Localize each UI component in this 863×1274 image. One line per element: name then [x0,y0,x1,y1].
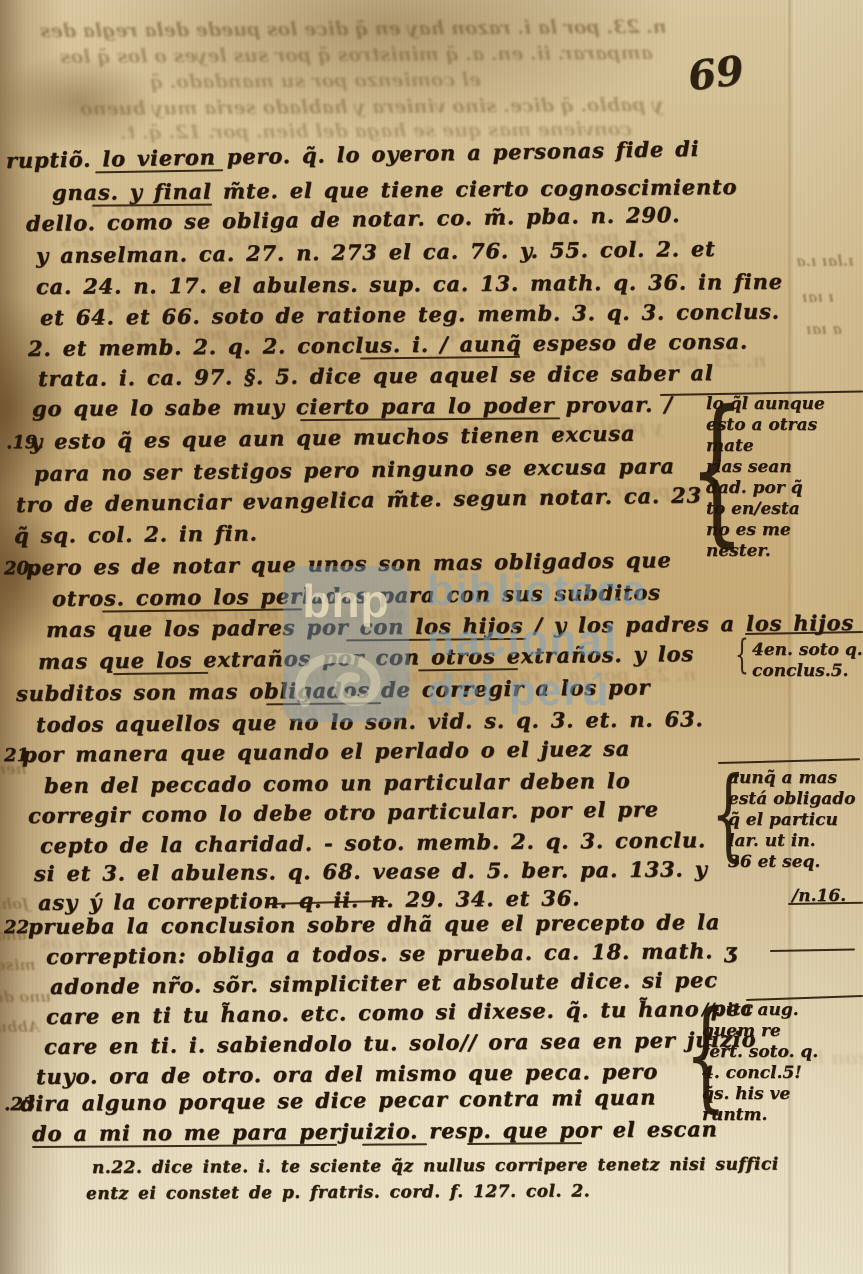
showthrough-line: ı ıaı [802,288,834,306]
manuscript-line: n.22. dice inte. i. te sciente q̃z nullu… [92,1154,779,1178]
line-text: corregir como lo debe otro particular. p… [28,796,659,828]
paragraph-number: 20. [4,558,36,579]
paragraph-number: .19. [6,432,44,454]
ink-rule [770,949,855,953]
paragraph-number: 22. [4,917,35,938]
showthrough-line: uno de [0,988,51,1006]
line-text: subditos son mas obligados de corregir a… [16,674,651,706]
margin-note-line: aunq̃ a mas [728,768,855,789]
line-text: dira alguno porque se dice pecar contra … [20,1084,656,1116]
showthrough-line: Joh. [0,895,29,913]
manuscript-line: ruptiõ. lo vieron pero. q̃. lo oyeron a … [6,136,700,173]
manuscript-line: et 64. et 66. soto de ratione teg. memb.… [40,299,780,330]
line-text: go que lo sabe muy cierto para lo poder … [32,392,673,421]
margin-note-line: 36 et seq. [728,852,855,873]
showthrough-line: el comienzo por su mandado. q̃ [150,69,481,93]
paragraph-number: 21. [4,745,36,766]
line-text: q̃ sq. col. 2. in fin. [14,520,258,548]
manuscript-line: ca. 24. n. 17. el abulens. sup. ca. 13. … [36,269,783,299]
margin-note-line: 4en. soto q.3. [752,640,863,661]
line-text: trata. i. ca. 97. §. 5. dice que aquel s… [38,360,714,391]
manuscript-line: pero es de notar que unos son mas obliga… [26,547,672,580]
line-text: por manera que quando el perlado o el ju… [22,736,630,767]
line-text: care en ti tu h̃ano. etc. como si dixese… [46,995,754,1029]
showthrough-line: Abbu [0,1018,40,1036]
line-text: ca. 24. n. 17. el abulens. sup. ca. 13. … [36,269,783,299]
manuscript-line: cepto de la charidad. - soto. memb. 2. q… [40,827,706,858]
underline-mark [467,1142,582,1145]
manuscript-line: prueba la conclusion sobre dhã que el pr… [28,909,720,939]
manuscript-line: do a mi no me para perjuizio. resp. que … [32,1116,718,1146]
margin-note-line: conclus.5. [752,661,863,682]
margin-note: {lo q̃l aunqueesto a otrasmaterias seand… [706,394,825,562]
brace-mark: { [689,390,745,550]
manuscript-line: todos aquellos que no lo son. vid. s. q.… [36,706,704,737]
line-text: et 64. et 66. soto de ratione teg. memb.… [40,299,780,330]
line-text: cepto de la charidad. - soto. memb. 2. q… [40,827,706,858]
manuscript-line: por manera que quando el perlado o el ju… [22,736,630,767]
line-text: pero es de notar que unos son mas obliga… [26,547,672,580]
manuscript-line: entz ei constet de p. fratris. cord. f. … [86,1181,590,1204]
paragraph-number: .23. [4,1094,42,1115]
manuscript-line: corregir como lo debe otro particular. p… [28,796,659,828]
brace-mark: { [735,636,749,676]
line-text: gnas. y final m̃te. el que tiene cierto … [52,174,738,205]
line-text: todos aquellos que no lo son. vid. s. q.… [36,706,704,737]
margin-note: {aunq̃ a masestá obligadoq̃ el particula… [728,768,855,873]
margin-note: {4en. soto q.3.conclus.5. [752,640,863,682]
showthrough-line: n. 23. por la i. razon hay en q̃ dice lo… [40,16,667,42]
margin-note-line: q̃ el particu [728,810,855,831]
brace-mark: { [685,996,727,1116]
manuscript-line: care en ti tu h̃ano. etc. como si dixese… [46,995,754,1029]
margin-note-line: lar. ut in. [728,831,855,852]
showthrough-line: amparar. ii. en. a. q̃ ministros q̃ por … [60,42,653,68]
line-text: entz ei constet de p. fratris. cord. f. … [86,1181,590,1204]
manuscript-line: subditos son mas obligados de corregir a… [16,674,651,706]
showthrough-line: mise [0,956,36,974]
manuscript-line: trata. i. ca. 97. §. 5. dice que aquel s… [38,360,714,391]
folio-number: 69 [685,47,746,100]
manuscript-line: go que lo sabe muy cierto para lo poder … [32,392,673,421]
manuscript-line: dira alguno porque se dice pecar contra … [20,1084,656,1116]
margin-note: {//. ita aug.quem refert. soto. q.4. con… [702,1000,818,1126]
showthrough-line: a ıaı [806,320,842,338]
manuscript-page: n. 23. por la i. razon hay en q̃ dice lo… [0,0,863,1274]
manuscript-line: ben del peccado como un particular deben… [44,768,631,798]
manuscript-line: q̃ sq. col. 2. in fin. [14,520,258,548]
line-text: do a mi no me para perjuizio. resp. que … [32,1116,718,1146]
line-text: prueba la conclusion sobre dhã que el pr… [28,909,720,939]
margin-note-line: está obligado [728,789,855,810]
showthrough-line: y pablo. q̃ dice. sino viniera y hablado… [80,94,663,120]
line-text: n.22. dice inte. i. te sciente q̃z nullu… [92,1154,779,1178]
brace-mark: { [711,764,746,864]
manuscript-line: si et 3. el abulens. q. 68. vease d. 5. … [34,856,708,886]
line-text: ben del peccado como un particular deben… [44,768,631,798]
line-text: ruptiõ. lo vieron pero. q̃. lo oyeron a … [6,136,700,173]
showthrough-line: ı.laı ı.a [796,252,854,270]
manuscript-line: gnas. y final m̃te. el que tiene cierto … [52,174,738,205]
line-text: si et 3. el abulens. q. 68. vease d. 5. … [34,856,708,886]
underline-mark [362,1143,427,1146]
